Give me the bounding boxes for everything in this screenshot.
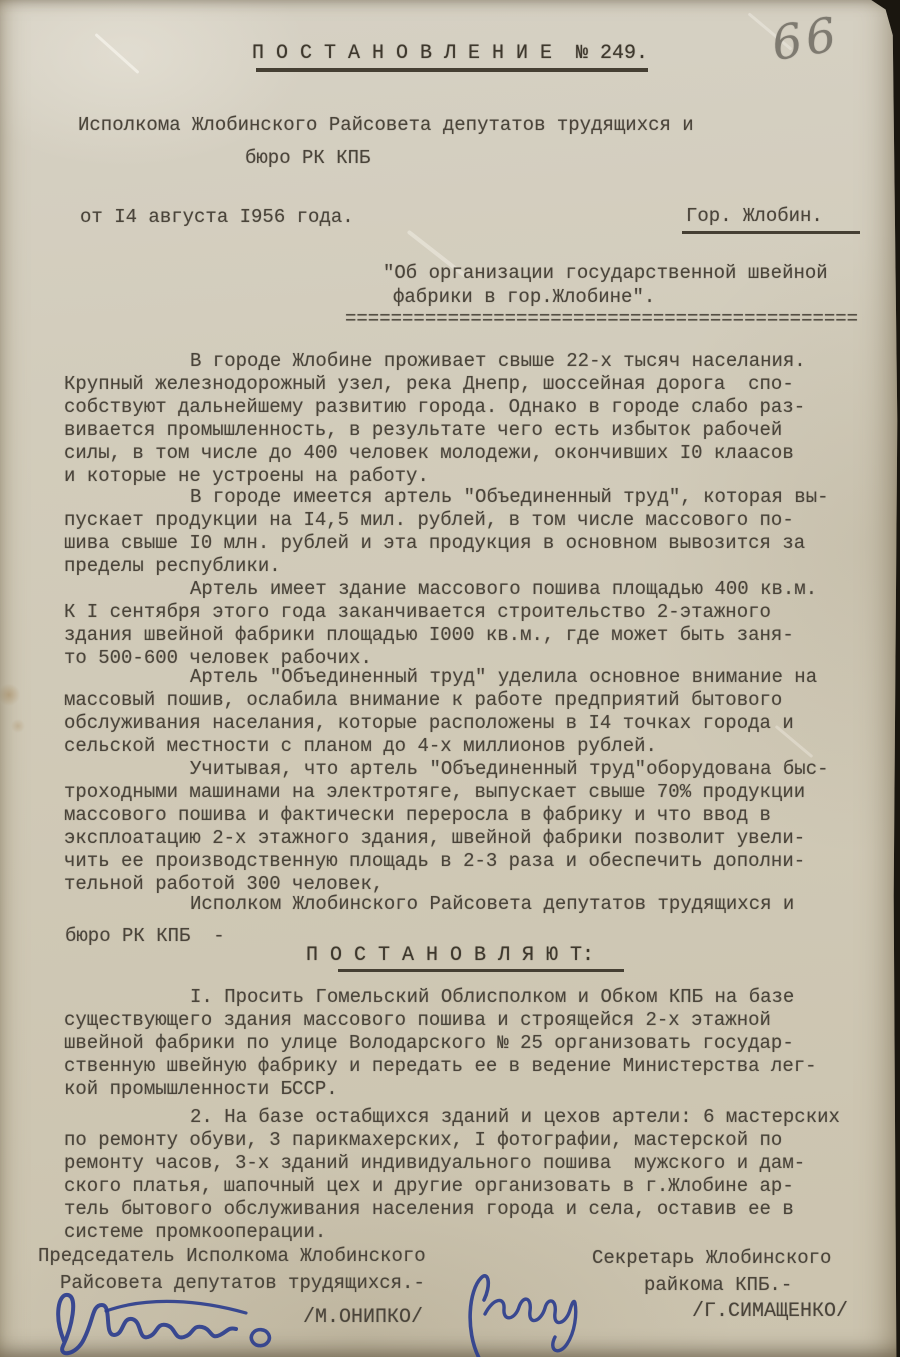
text-line: К I сентября этого года заканчивается ст… bbox=[64, 601, 892, 624]
text-line: I. Просить Гомельский Облисполком и Обко… bbox=[64, 986, 892, 1009]
text-line: шива свыше I0 млн. рублей и эта продукци… bbox=[64, 532, 892, 555]
subject-divider: ========================================… bbox=[345, 308, 858, 330]
text-line: В городе Жлобине проживает свыше 22-х ты… bbox=[64, 350, 892, 373]
document-page: 66 П О С Т А Н О В Л Е Н И Е № 249. Испо… bbox=[0, 0, 900, 1357]
text-line: троходными машинами на электротяге, выпу… bbox=[64, 781, 892, 804]
text-line: Учитывая, что артель "Объединенный труд"… bbox=[64, 758, 892, 781]
text-line: сельской местности с планом до 4-х милли… bbox=[64, 735, 892, 758]
text-line: чить ее производственную площадь в 2-3 р… bbox=[64, 850, 892, 873]
left-signatory-name: /М.ОНИПКО/ bbox=[303, 1306, 423, 1329]
paragraph-3: Артель имеет здание массового пошива пло… bbox=[64, 578, 892, 670]
paragraph-2: В городе имеется артель "Объединенный тр… bbox=[64, 486, 892, 578]
paragraph-4: Артель "Объединенный труд" уделила основ… bbox=[64, 666, 892, 758]
text-line: тель бытового обслуживания населения гор… bbox=[64, 1198, 892, 1221]
text-line: пределы республики. bbox=[64, 555, 892, 578]
text-line: вивается промышленность, в результате че… bbox=[64, 419, 892, 442]
text-line: массового пошива и фактически переросла … bbox=[64, 804, 892, 827]
text-line: швейной фабрики по улице Володарского № … bbox=[64, 1032, 892, 1055]
text-line: кой промышленности БССР. bbox=[64, 1078, 892, 1101]
text-line: ственную швейную фабрику и передать ее в… bbox=[64, 1055, 892, 1078]
text-line: Артель "Объединенный труд" уделила основ… bbox=[64, 666, 892, 689]
text-line: Артель имеет здание массового пошива пло… bbox=[64, 578, 892, 601]
text-line: эксплоатацию 2-х этажного здания, швейно… bbox=[64, 827, 892, 850]
resolution-heading-underline bbox=[338, 969, 624, 972]
text-line: массовый пошив, ослабила внимание к рабо… bbox=[64, 689, 892, 712]
text-line: ского платья, шапочный цех и другие орга… bbox=[64, 1175, 892, 1198]
text-line: ремонту часов, 3-х зданий индивидуальног… bbox=[64, 1152, 892, 1175]
text-line: и которые не устроены на работу. bbox=[64, 465, 892, 488]
subject-line-1: "Об организации государственной швейной bbox=[383, 262, 828, 284]
left-signatory-role-1: Председатель Исполкома Жлобинского bbox=[38, 1245, 426, 1267]
title-underline bbox=[256, 68, 648, 72]
signature-simashchenko bbox=[455, 1268, 635, 1357]
right-signatory-role-1: Секретарь Жлобинского bbox=[592, 1247, 831, 1269]
text-line: по ремонту обуви, 3 парикмахерских, I фо… bbox=[64, 1129, 892, 1152]
resolution-lead-1: Исполком Жлобинского Райсовета депутатов… bbox=[190, 893, 794, 915]
subject-line-2: фабрики в гор.Жлобине". bbox=[393, 286, 655, 308]
right-signatory-name: /Г.СИМАЩЕНКО/ bbox=[692, 1300, 848, 1323]
paragraph-5: Учитывая, что артель "Объединенный труд"… bbox=[64, 758, 892, 896]
text-line: существующего здания массового пошива и … bbox=[64, 1009, 892, 1032]
signature-onipko bbox=[48, 1283, 310, 1357]
text-line: Крупный железнодорожный узел, река Днепр… bbox=[64, 373, 892, 396]
issuer-line-2: бюро РК КПБ bbox=[245, 147, 370, 169]
resolution-item-2: 2. На базе остабщихся зданий и цехов арт… bbox=[64, 1106, 892, 1244]
place-underline bbox=[682, 231, 860, 234]
date-line: от I4 августа I956 года. bbox=[80, 206, 354, 228]
text-line: обслуживания населания, которые располож… bbox=[64, 712, 892, 735]
text-line: 2. На базе остабщихся зданий и цехов арт… bbox=[64, 1106, 892, 1129]
resolution-heading: П О С Т А Н О В Л Я Ю Т: bbox=[0, 944, 900, 967]
issuer-line-1: Исполкома Жлобинского Райсовета депутато… bbox=[78, 114, 694, 136]
text-line: здания швейной фабрики площадью I000 кв.… bbox=[64, 624, 892, 647]
text-line: пускает продукции на I4,5 мил. рублей, в… bbox=[64, 509, 892, 532]
text-line: силы, в том числе до 400 человек молодеж… bbox=[64, 442, 892, 465]
text-line: собствуют дальнейшему развитию города. О… bbox=[64, 396, 892, 419]
right-signatory-role-2: райкома КПБ.- bbox=[644, 1274, 792, 1296]
text-line: системе промкооперации. bbox=[64, 1221, 892, 1244]
resolution-item-1: I. Просить Гомельский Облисполком и Обко… bbox=[64, 986, 892, 1101]
document-title: П О С Т А Н О В Л Е Н И Е № 249. bbox=[0, 42, 900, 65]
text-line: В городе имеется артель "Объединенный тр… bbox=[64, 486, 892, 509]
paragraph-1: В городе Жлобине проживает свыше 22-х ты… bbox=[64, 350, 892, 488]
place-line: Гор. Жлобин. bbox=[686, 205, 823, 227]
